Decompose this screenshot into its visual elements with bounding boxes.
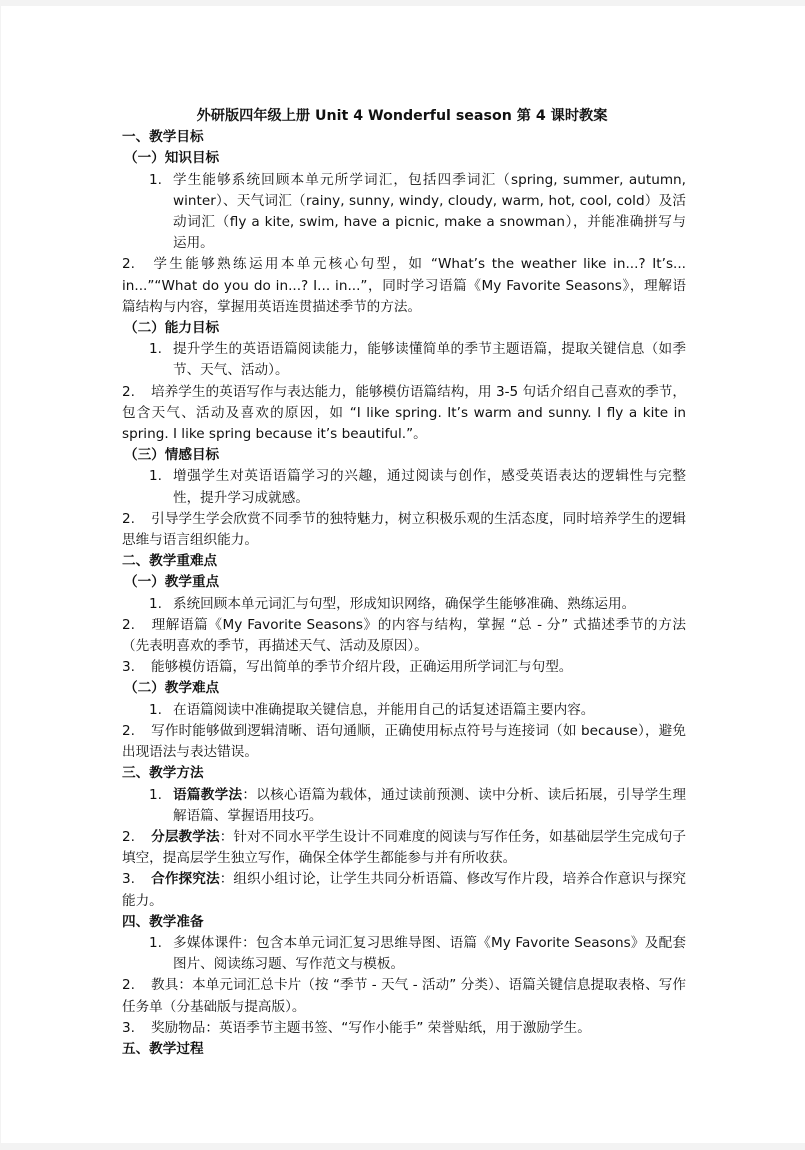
lesson-plan-content: 外研版四年级上册 Unit 4 Wonderful season 第 4 课时教… [122,106,686,1060]
subsection-heading-focus: （一）教学重点 [122,572,686,593]
list-item: 2.培养学生的英语写作与表达能力，能够模仿语篇结构，用 3-5 句话介绍自己喜欢… [122,382,686,446]
list-text: ：以核心语篇为载体，通过读前预测、读中分析、读后拓展，引导学生理解语篇、掌握语用… [173,787,686,824]
subsection-heading-emotion: （三）情感目标 [122,445,686,466]
list-number: 1. [149,466,162,487]
list-number: 1. [149,170,162,191]
list-item: 1. 学生能够系统回顾本单元所学词汇，包括四季词汇（spring, summer… [122,170,686,255]
subsection-heading-ability: （二）能力目标 [122,318,686,339]
list-number: 2. [122,615,151,636]
list-item: 1. 语篇教学法：以核心语篇为载体，通过读前预测、读中分析、读后拓展，引导学生理… [122,785,686,827]
list-item: 1. 提升学生的英语语篇阅读能力，能够读懂简单的季节主题语篇，提取关键信息（如季… [122,339,686,381]
list-number: 2. [122,721,151,742]
list-text: 写作时能够做到逻辑清晰、语句通顺，正确使用标点符号与连接词（如 because）… [122,723,686,760]
document-title: 外研版四年级上册 Unit 4 Wonderful season 第 4 课时教… [118,106,686,127]
section-heading-preparation: 四、教学准备 [122,912,686,933]
list-item: 2.分层教学法：针对不同水平学生设计不同难度的阅读与写作任务，如基础层学生完成句… [122,827,686,869]
list-text: 在语篇阅读中准确提取关键信息，并能用自己的话复述语篇主要内容。 [173,702,594,718]
list-number: 1. [149,594,162,615]
list-number: 2. [122,254,151,275]
method-term: 分层教学法 [151,829,220,845]
list-number: 1. [149,785,162,806]
list-text: 多媒体课件：包含本单元词汇复习思维导图、语篇《My Favorite Seaso… [173,935,686,972]
list-item: 3.奖励物品：英语季节主题书签、“写作小能手” 荣誉贴纸，用于激励学生。 [122,1018,686,1039]
list-number: 3. [122,657,151,678]
list-text: 理解语篇《My Favorite Seasons》的内容与结构，掌握 “总 - … [122,617,686,654]
method-term: 语篇教学法 [173,787,242,803]
list-item: 1. 多媒体课件：包含本单元词汇复习思维导图、语篇《My Favorite Se… [122,933,686,975]
list-number: 1. [149,339,162,360]
document-page: 外研版四年级上册 Unit 4 Wonderful season 第 4 课时教… [1,6,805,1143]
list-text: 引导学生学会欣赏不同季节的独特魅力，树立积极乐观的生活态度，同时培养学生的逻辑思… [122,511,686,548]
list-number: 2. [122,975,151,996]
list-text: 培养学生的英语写作与表达能力，能够模仿语篇结构，用 3-5 句话介绍自己喜欢的季… [122,384,686,442]
subsection-heading-difficulty: （二）教学难点 [122,678,686,699]
list-item: 2.教具：本单元词汇总卡片（按 “季节 - 天气 - 活动” 分类）、语篇关键信… [122,975,686,1017]
list-number: 1. [149,700,162,721]
method-term: 合作探究法 [151,871,220,887]
list-item: 3.合作探究法：组织小组讨论，让学生共同分析语篇、修改写作片段，培养合作意识与探… [122,869,686,911]
list-item: 2.引导学生学会欣赏不同季节的独特魅力，树立积极乐观的生活态度，同时培养学生的逻… [122,509,686,551]
list-item: 2.理解语篇《My Favorite Seasons》的内容与结构，掌握 “总 … [122,615,686,657]
list-number: 2. [122,827,151,848]
list-item: 1. 在语篇阅读中准确提取关键信息，并能用自己的话复述语篇主要内容。 [122,700,686,721]
list-text: 提升学生的英语语篇阅读能力，能够读懂简单的季节主题语篇，提取关键信息（如季节、天… [173,341,686,378]
list-item: 3.能够模仿语篇，写出简单的季节介绍片段，正确运用所学词汇与句型。 [122,657,686,678]
section-heading-process: 五、教学过程 [122,1039,686,1060]
list-item: 1. 增强学生对英语语篇学习的兴趣，通过阅读与创作，感受英语表达的逻辑性与完整性… [122,466,686,508]
list-item: 1. 系统回顾本单元词汇与句型，形成知识网络，确保学生能够准确、熟练运用。 [122,594,686,615]
section-heading-methods: 三、教学方法 [122,763,686,784]
list-text: 系统回顾本单元词汇与句型，形成知识网络，确保学生能够准确、熟练运用。 [173,596,635,612]
list-item: 2.学生能够熟练运用本单元核心句型，如 “What’s the weather … [122,254,686,318]
list-item: 2.写作时能够做到逻辑清晰、语句通顺，正确使用标点符号与连接词（如 becaus… [122,721,686,763]
list-text: 奖励物品：英语季节主题书签、“写作小能手” 荣誉贴纸，用于激励学生。 [151,1020,591,1036]
list-number: 2. [122,382,151,403]
list-number: 2. [122,509,151,530]
section-heading-key-points: 二、教学重难点 [122,551,686,572]
list-number: 3. [122,869,151,890]
list-text: 能够模仿语篇，写出简单的季节介绍片段，正确运用所学词汇与句型。 [151,659,572,675]
list-number: 3. [122,1018,151,1039]
list-number: 1. [149,933,162,954]
subsection-heading-knowledge: （一）知识目标 [122,148,686,169]
list-text: 教具：本单元词汇总卡片（按 “季节 - 天气 - 活动” 分类）、语篇关键信息提… [122,977,686,1014]
list-text: 学生能够熟练运用本单元核心句型，如 “What’s the weather li… [122,256,686,314]
section-heading-objectives: 一、教学目标 [122,127,686,148]
list-text: 增强学生对英语语篇学习的兴趣，通过阅读与创作，感受英语表达的逻辑性与完整性，提升… [173,468,686,505]
list-text: 学生能够系统回顾本单元所学词汇，包括四季词汇（spring, summer, a… [173,172,686,252]
